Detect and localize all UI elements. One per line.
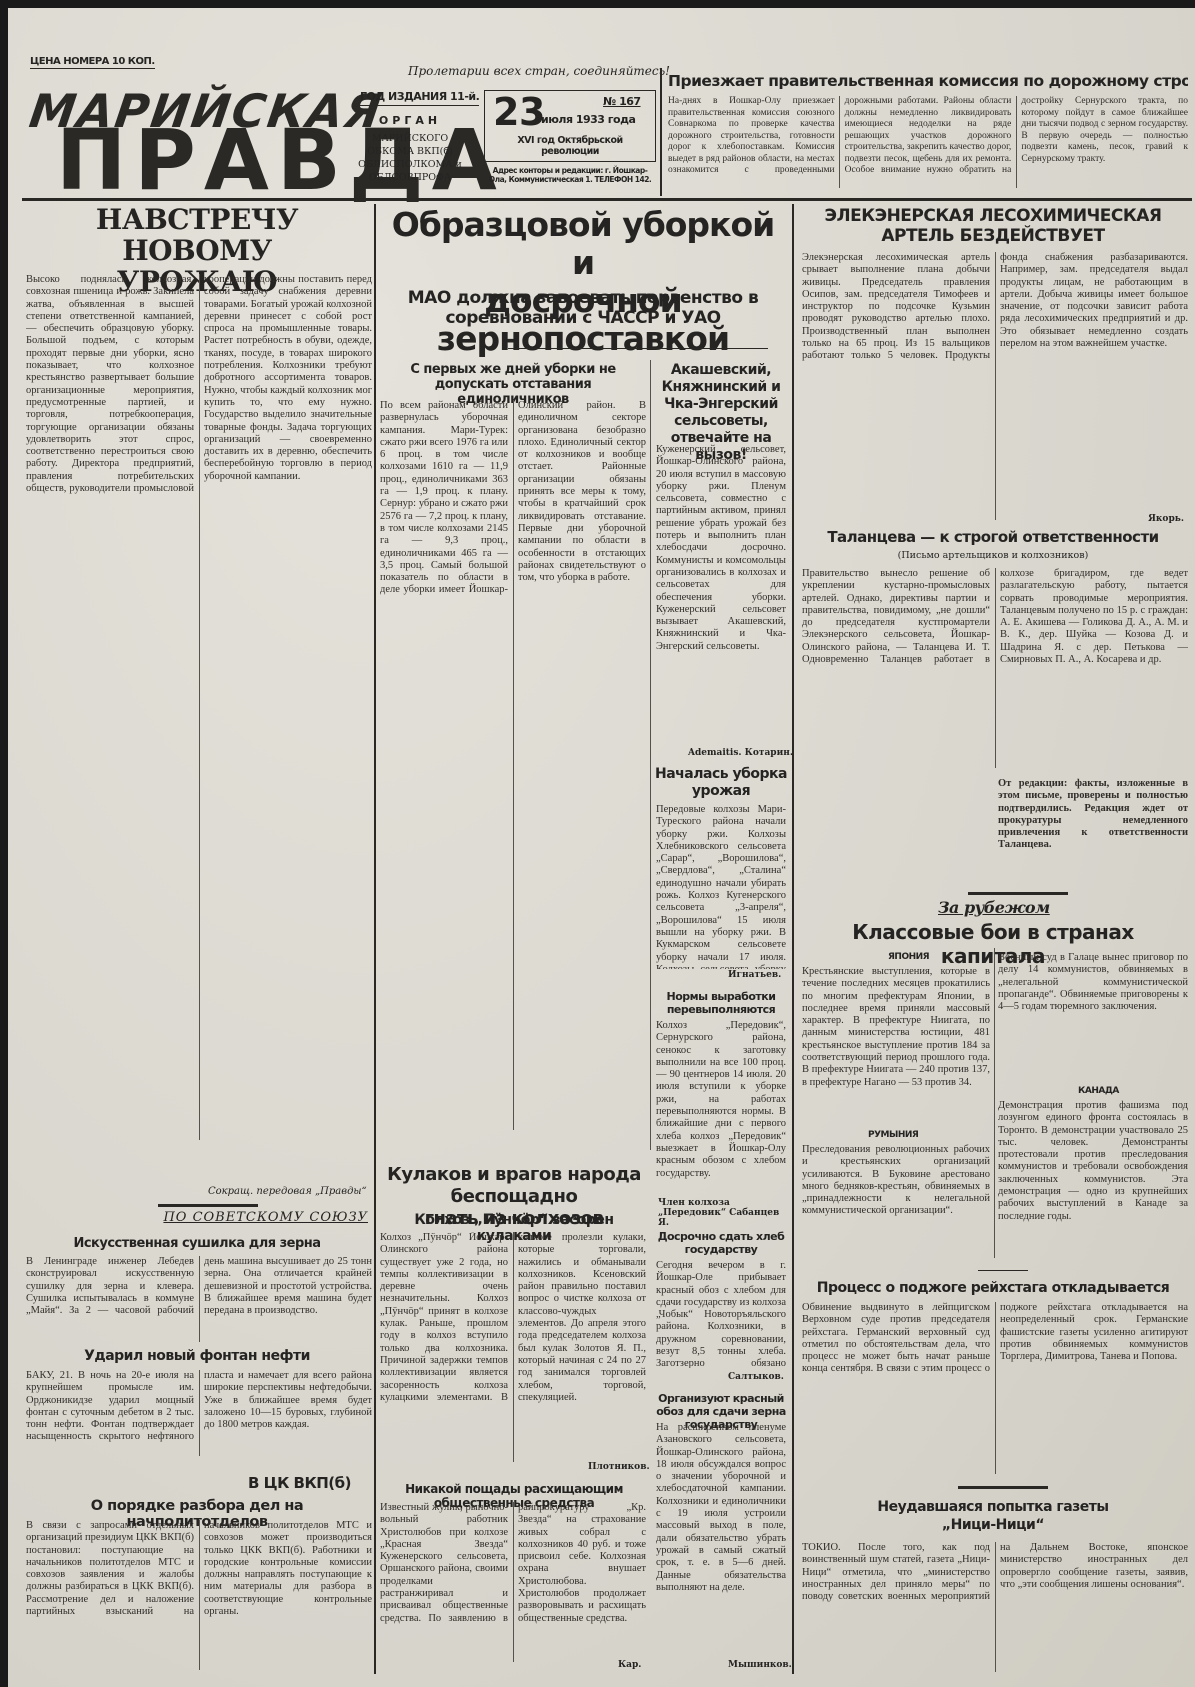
romania-label: РУМЫНИЯ [868,1130,918,1140]
dryer-text: В Ленинграде инженер Лебедев сконструиро… [26,1256,372,1342]
dryer-headline: Искусственная сушилка для зерна [22,1236,372,1251]
main-subhead: МАО должна завоевать первенство в соревн… [388,288,778,328]
grain-delivery-text: Сегодня вечером в г. Йошкар-Оле прибывае… [656,1260,786,1368]
oil-headline: Ударил новый фонтан нефти [22,1348,372,1364]
nichi-headline: Неудавшаяся попытка газеты „Ници-Ници“ [798,1498,1188,1534]
soviet-union-rubric: ПО СОВЕТСКОМУ СОЮЗУ [158,1210,368,1225]
vkp-text: В связи с запросами отдельных организаци… [26,1520,372,1670]
motto: Пролетарии всех стран, соединяйтесь! [408,64,670,78]
editor-note: От редакции: факты, изложенные в этом пи… [998,778,1188,878]
issue-number: № 167 [603,95,641,108]
romania-text: Преследования революционных рабочих и кр… [802,1144,990,1254]
grain-delivery-headline: Досрочно сдать хлеб государству [654,1230,788,1256]
date-month-year: июля 1933 года [541,113,635,126]
individual-farmers-text: По всем районам области развернулась убо… [380,400,646,1130]
grain-delivery-signature: Салтыков. [728,1372,784,1382]
norms-headline: Нормы выработки перевыполняются [654,990,788,1016]
main-headline: Образцовой уборкой и досрочной зернопост… [378,206,788,358]
no-mercy-signature: Кар. [618,1660,641,1670]
date-day: 23 [493,91,545,133]
reichstag-text: Обвинение выдвинуто в лейпцигском Верхов… [802,1302,1188,1474]
newspaper-page: ЦЕНА НОМЕРА 10 КОП. МАРИЙСКАЯ ПРАВДА Про… [8,8,1195,1687]
kulaks-signature: Плотников. [588,1462,650,1472]
talantsev-text: Правительство вынесло решение об укрепле… [802,568,1188,768]
banner-text: На-днях в Йошкар-Олу приезжает правитель… [668,96,1188,188]
canada-text: Демонстрация против фашизма под лозунгом… [998,1100,1188,1256]
abroad-rubric: За рубежом [938,898,1050,917]
reichstag-headline: Процесс о поджоге рейхстага откладываетс… [798,1280,1188,1296]
norms-text: Колхоз „Передовик“, Сернурского района, … [656,1020,786,1194]
year-label: ГОД ИЗДАНИЯ 11-й. [360,90,479,106]
harvest-begun-headline: Началась уборка урожая [654,766,788,800]
court-text: Военный суд в Галаце вынес приговор по д… [998,952,1188,1080]
harvest-begun-signature: Игнатьев. [728,970,781,980]
akashevo-text: Куженерский сельсовет, Йошкар-Олинского … [656,444,786,744]
artel-headline: ЭЛЕКЭНЕРСКАЯ ЛЕСОХИМИЧЕСКАЯ АРТЕЛЬ БЕЗДЕ… [798,206,1188,246]
talantsev-subhead: (Письмо артельщиков и колхозников) [798,550,1188,561]
revolution-year: XVI год Октябрьской революции [491,135,649,157]
red-wagon-signature: Мышинков. [728,1660,792,1670]
harvest-text: Высоко поднялась колхозная, совхозная пш… [26,274,372,1140]
harvest-begun-text: Передовые колхозы Мари-Туреского района … [656,804,786,969]
organ-lines: МАРИЙСКОГО ОБКОМА ВКП(б) ОБЛИСПОЛКОМА и … [356,132,464,184]
harvest-signature: Сокращ. передовая „Правды“ [208,1186,367,1197]
address: Адрес конторы и редакции: г. Йошкар-Ола,… [484,166,656,184]
date-box: 23 № 167 июля 1933 года XVI год Октябрьс… [484,90,656,162]
norms-signature: Член колхоза „Передовик“ Сабанцев Я. [658,1198,788,1228]
kulaks-text: Колхоз „Пӱнчӧр“ Йошкар-Олинского района … [380,1232,646,1462]
organ-label: ОРГАН [360,114,460,127]
artel-text: Элекэнерская лесохимическая артель срыва… [802,252,1188,520]
canada-label: КАНАДА [1078,1086,1119,1096]
oil-text: БАКУ, 21. В ночь на 20-е июля на крупней… [26,1370,372,1456]
no-mercy-text: Известный жулик, рыночно-вольный работни… [380,1502,646,1662]
nichi-text: ТОКИО. После того, как под воинственный … [802,1542,1188,1672]
talantsev-headline: Таланцева — к строгой ответственности [798,528,1188,546]
japan-label: ЯПОНИЯ [888,952,929,962]
akashevo-signature: Ademaitis. Котарин. [688,748,793,758]
artel-signature: Якорь. [1148,514,1184,524]
price-label: ЦЕНА НОМЕРА 10 КОП. [30,56,155,69]
red-wagon-text: На расширенном пленуме Азановского сельс… [656,1422,786,1657]
japan-text: Крестьянские выступления, которые в тече… [802,966,990,1116]
vkp-rubric: В ЦК ВКП(б) [248,1474,351,1492]
banner-headline: Приезжает правительственная комиссия по … [668,72,1188,90]
